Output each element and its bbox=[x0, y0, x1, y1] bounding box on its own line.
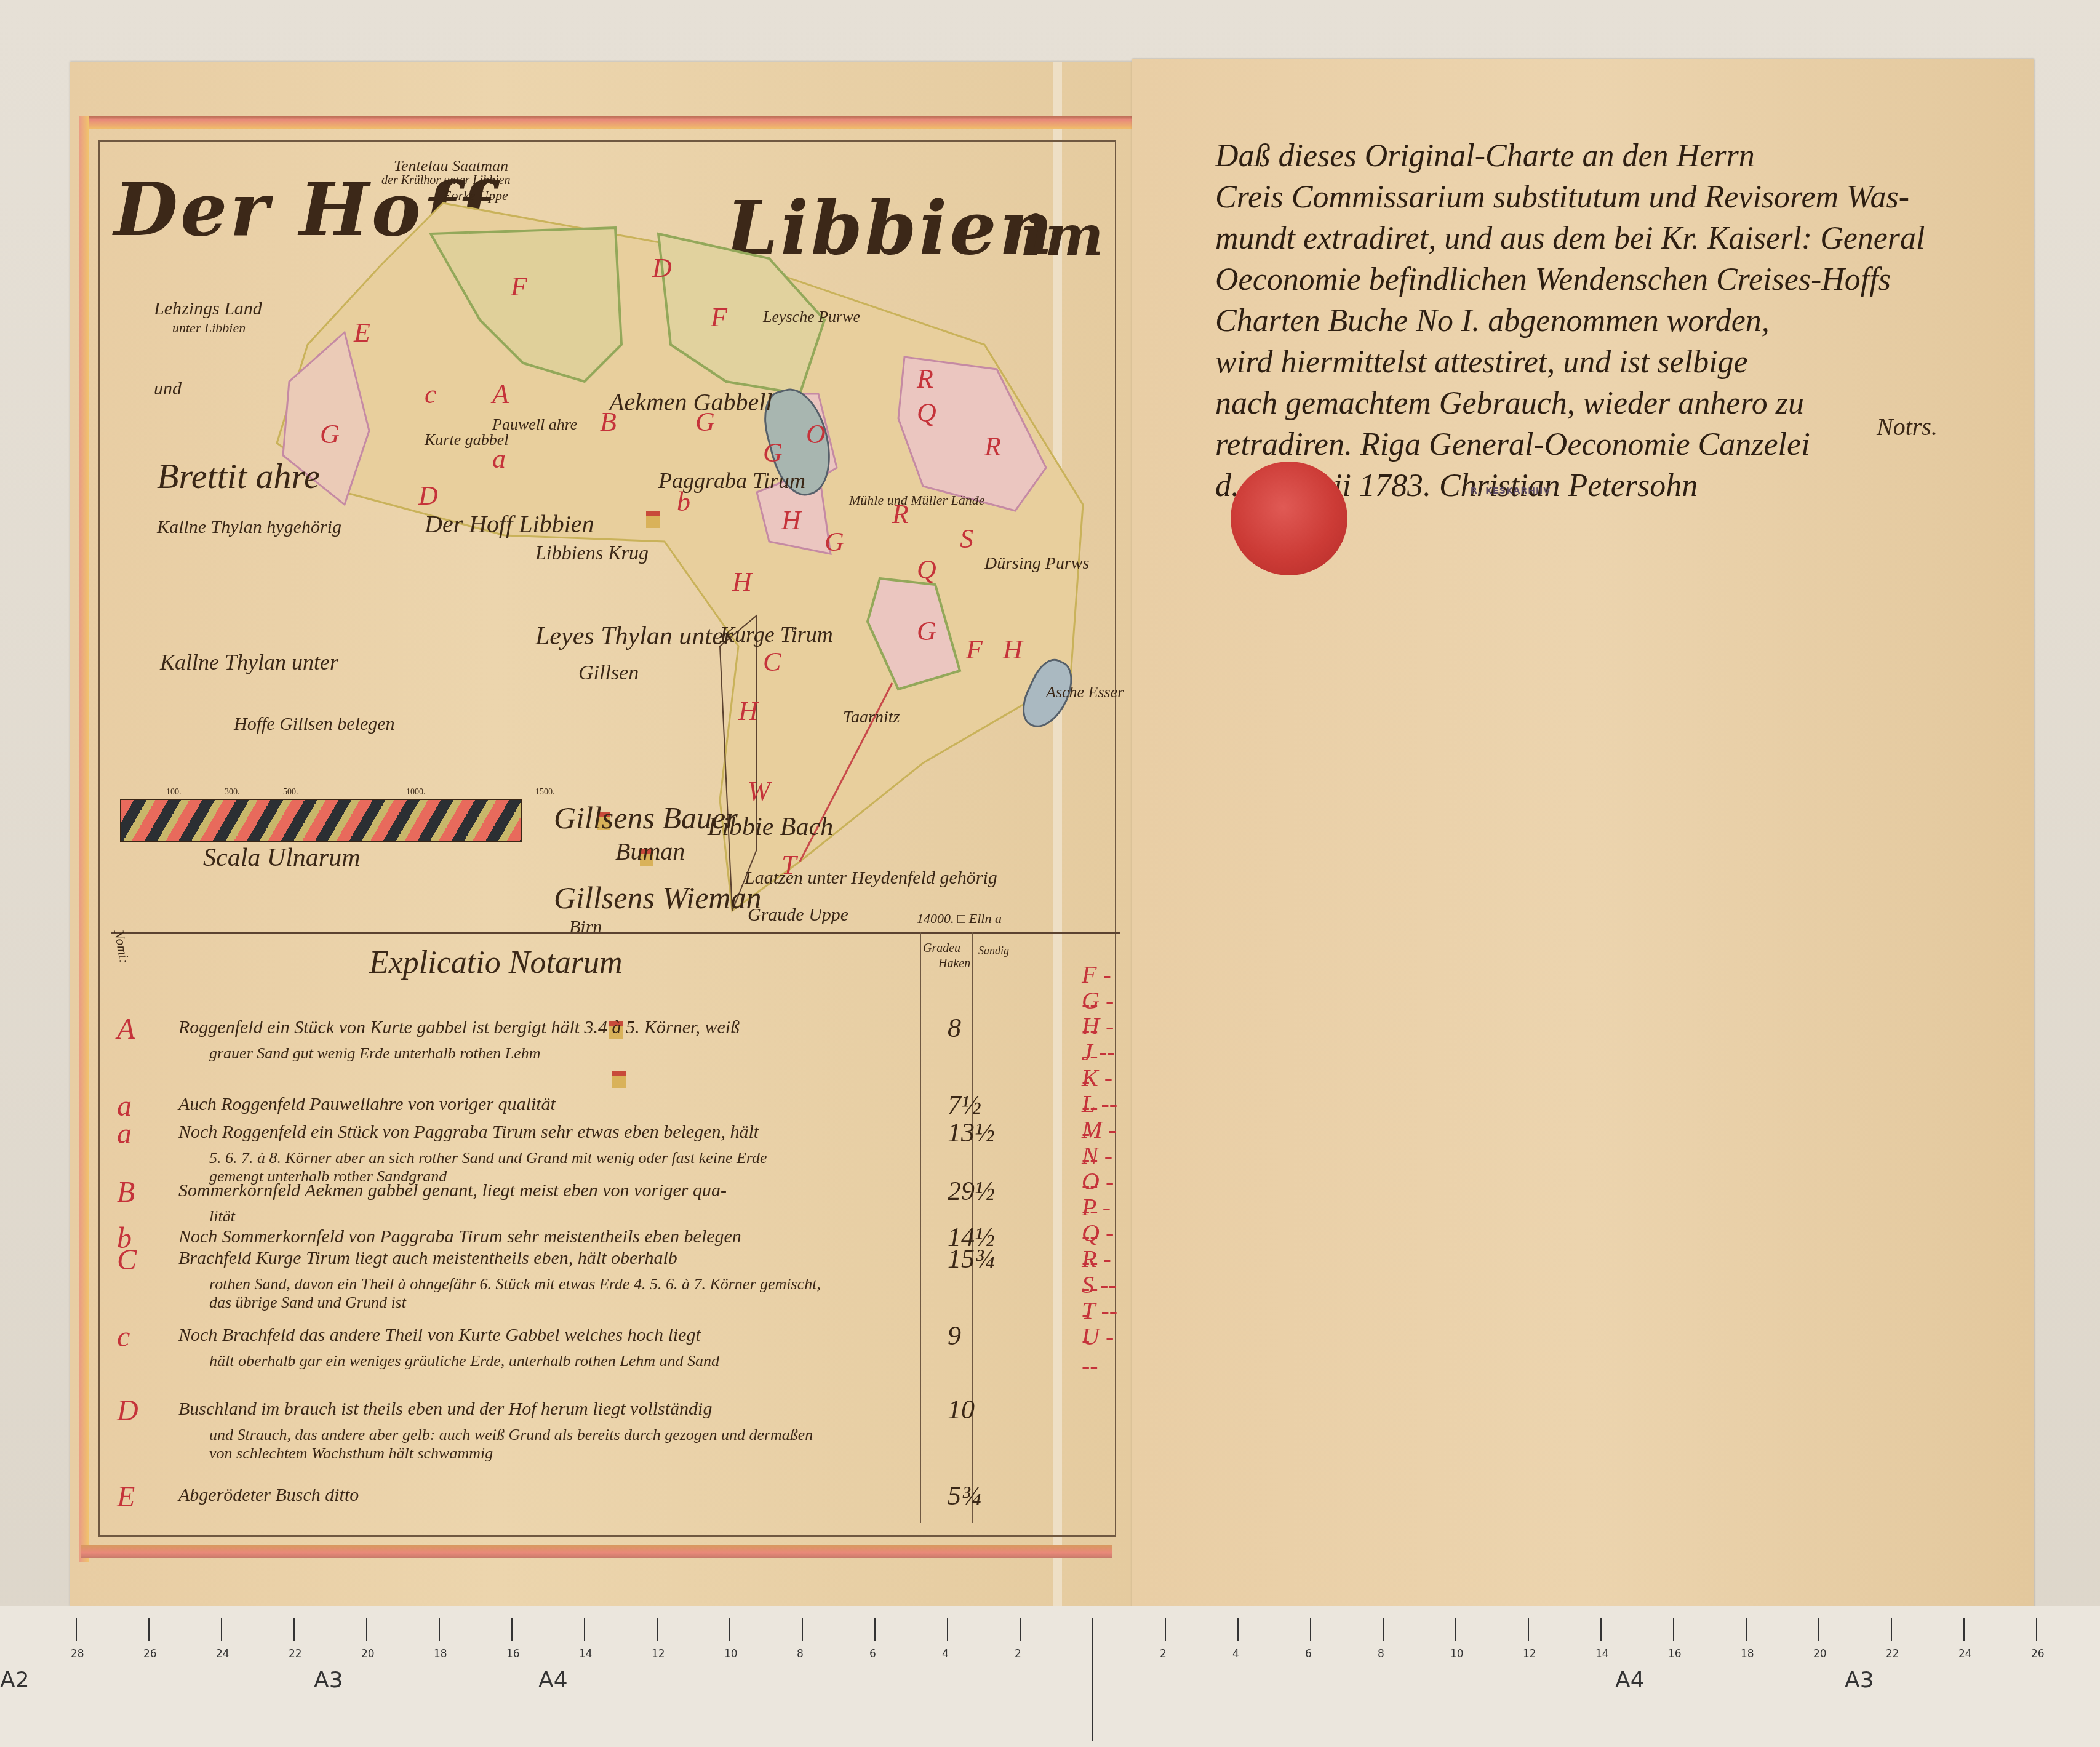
place-label: der Krülhor unter Libbien bbox=[381, 174, 510, 188]
ruler-number: 22 bbox=[1886, 1648, 1899, 1660]
parcel-letter: D bbox=[652, 252, 672, 284]
legend-description: Auch Roggenfeld Pauwellahre von voriger … bbox=[178, 1094, 556, 1115]
legend-value: 29½ bbox=[948, 1175, 995, 1207]
ruler-tick bbox=[874, 1618, 876, 1641]
legend-col-header-names: Nomi: bbox=[111, 929, 132, 965]
ruler-number: 28 bbox=[71, 1648, 84, 1660]
parcel-letter: a bbox=[492, 443, 506, 474]
ruler-tick bbox=[1237, 1618, 1239, 1641]
legend-description-cont: rothen Sand, davon ein Theil à ohngefähr… bbox=[209, 1275, 824, 1312]
ruler-number: 2 bbox=[1160, 1648, 1167, 1660]
legend-description-cont: und Strauch, das andere aber gelb: auch … bbox=[209, 1426, 824, 1463]
parcel-letter: Q bbox=[917, 554, 936, 585]
ruler-center-line bbox=[1092, 1618, 1093, 1741]
legend-value: 15¾ bbox=[948, 1243, 995, 1274]
attestation-line: mundt extradiret, und aus dem bei Kr. Ka… bbox=[1215, 218, 1984, 259]
legend-row: cNoch Brachfeld das andere Theil von Kur… bbox=[111, 1320, 923, 1357]
place-label: Hoffe Gillsen belegen bbox=[234, 714, 395, 735]
ruler-number: 26 bbox=[143, 1648, 157, 1660]
legend-description: Noch Brachfeld das andere Theil von Kurt… bbox=[178, 1325, 701, 1346]
legend-side-code: F --- bbox=[1082, 960, 1119, 986]
place-label: Der Hoff Libbien bbox=[425, 510, 594, 538]
attestation-line: Oeconomie befindlichen Wendenschen Creis… bbox=[1215, 259, 1984, 300]
attestation-line: wird hiermittelst attestiret, und ist se… bbox=[1215, 342, 1984, 383]
scale-tick-1500: 1500. bbox=[535, 788, 555, 798]
ruler-number: 12 bbox=[652, 1648, 665, 1660]
paper-format-label: A3 bbox=[314, 1668, 343, 1693]
legend-side-code: S --- bbox=[1082, 1270, 1119, 1296]
legend-row: aNoch Roggenfeld ein Stück von Paggraba … bbox=[111, 1117, 923, 1154]
parcel-letter: H bbox=[732, 566, 752, 598]
ruler-tick bbox=[76, 1618, 77, 1641]
ruler-tick bbox=[802, 1618, 803, 1641]
map-border-top bbox=[81, 116, 1132, 129]
ruler-tick bbox=[1310, 1618, 1311, 1641]
legend-side-code: Q --- bbox=[1082, 1218, 1119, 1244]
scale-tick-500: 500. bbox=[283, 788, 298, 798]
legend-side-code: P --- bbox=[1082, 1193, 1119, 1218]
place-label: Aekmen Gabbell bbox=[609, 388, 772, 417]
ruler-number: 4 bbox=[1232, 1648, 1239, 1660]
ruler-tick bbox=[729, 1618, 730, 1641]
attestation-text: Daß dieses Original-Charte an den HerrnC… bbox=[1215, 135, 1984, 506]
ruler-number: 10 bbox=[1450, 1648, 1464, 1660]
ruler-tick bbox=[439, 1618, 440, 1641]
legend-description-cont: grauer Sand gut wenig Erde unterhalb rot… bbox=[209, 1044, 541, 1063]
ruler-number: 26 bbox=[2031, 1648, 2045, 1660]
legend-row: EAbgerödeter Busch ditto5¾ bbox=[111, 1480, 923, 1517]
legend-value: 9 bbox=[948, 1320, 961, 1351]
place-label: Gillsens Bauer bbox=[554, 800, 738, 836]
place-label: Leyes Thylan unter bbox=[535, 622, 733, 651]
place-label: Tentelau Saatman bbox=[394, 157, 508, 175]
ruler-tick bbox=[947, 1618, 948, 1641]
legend-row: DBuschland im brauch ist theils eben und… bbox=[111, 1394, 923, 1431]
legend-value: 10 bbox=[948, 1394, 975, 1425]
parcel-letter: H bbox=[1003, 634, 1023, 665]
legend-code: C bbox=[117, 1243, 137, 1277]
place-label: Dürsing Purws bbox=[984, 554, 1089, 574]
parcel-letter: C bbox=[763, 646, 781, 678]
paper-format-label: A4 bbox=[538, 1668, 568, 1693]
ruler-number: 20 bbox=[361, 1648, 375, 1660]
ruler-tick bbox=[1891, 1618, 1892, 1641]
measurement-ruler: 2826242220181614121086422468101214161820… bbox=[0, 1606, 2100, 1747]
parcel-letter: H bbox=[738, 695, 758, 727]
parcel-letter: H bbox=[781, 505, 801, 536]
parcel-letter: G bbox=[320, 418, 340, 450]
legend-code: B bbox=[117, 1175, 135, 1209]
ruler-tick bbox=[1528, 1618, 1529, 1641]
ruler-number: 12 bbox=[1523, 1648, 1536, 1660]
parcel-letter: W bbox=[748, 775, 770, 807]
legend-code: c bbox=[117, 1320, 130, 1354]
legend-side-code: J --- bbox=[1082, 1037, 1119, 1063]
legend-description: Sommerkornfeld Aekmen gabbel genant, lie… bbox=[178, 1180, 727, 1201]
attestation-line: Daß dieses Original-Charte an den Herrn bbox=[1215, 135, 1984, 177]
parcel-letter: E bbox=[354, 317, 370, 348]
parcel-letter: R bbox=[917, 363, 933, 394]
archive-stamp: R. KESKARHIIV bbox=[1471, 486, 1551, 496]
legend-value: 5¾ bbox=[948, 1480, 981, 1511]
ruler-number: 16 bbox=[1668, 1648, 1682, 1660]
ruler-tick bbox=[148, 1618, 150, 1641]
manor-house-icon bbox=[646, 511, 660, 528]
paper-format-label: A3 bbox=[1845, 1668, 1874, 1693]
parcel-letter: A bbox=[492, 378, 509, 410]
ruler-number: 18 bbox=[1741, 1648, 1754, 1660]
ruler-tick bbox=[221, 1618, 222, 1641]
ruler-tick bbox=[584, 1618, 585, 1641]
legend-table: Nomi: Explicatio Notarum Gradeu Haken Sa… bbox=[111, 932, 923, 1523]
legend-description: Brachfeld Kurge Tirum liegt auch meisten… bbox=[178, 1248, 677, 1269]
legend-side-code: O --- bbox=[1082, 1167, 1119, 1193]
map-border-bottom bbox=[81, 1545, 1112, 1558]
place-label: Lehzings Land bbox=[154, 298, 262, 319]
legend-continuation-codes: F ---G ---H ---J ---K ---L ---M ---N ---… bbox=[1082, 960, 1119, 1348]
ruler-tick bbox=[1963, 1618, 1965, 1641]
legend-row: BSommerkornfeld Aekmen gabbel genant, li… bbox=[111, 1175, 923, 1212]
place-label: Libbiens Krug bbox=[535, 542, 649, 564]
legend-side-code: T --- bbox=[1082, 1296, 1119, 1322]
legend-col-header-haken: Haken bbox=[938, 957, 970, 971]
legend-description: Noch Roggenfeld ein Stück von Paggraba T… bbox=[178, 1122, 759, 1143]
legend-description: Buschland im brauch ist theils eben und … bbox=[178, 1399, 712, 1420]
paper-format-label: A2 bbox=[0, 1668, 30, 1693]
scale-tick-100: 100. bbox=[166, 788, 182, 798]
ruler-tick bbox=[511, 1618, 513, 1641]
parcel-letter: B bbox=[600, 406, 617, 438]
ruler-number: 6 bbox=[1305, 1648, 1312, 1660]
legend-side-code: H --- bbox=[1082, 1012, 1119, 1037]
attestation-line: retradiren. Riga General-Oeconomie Canze… bbox=[1215, 424, 1984, 465]
legend-value: 7½ bbox=[948, 1089, 981, 1121]
parcel-letter: R bbox=[892, 498, 909, 530]
legend-row: ARoggenfeld ein Stück von Kurte gabbel i… bbox=[111, 1012, 923, 1049]
attestation-line: Creis Commissarium substitutum und Revis… bbox=[1215, 177, 1984, 218]
place-label: Buman bbox=[615, 837, 685, 866]
place-label: Gillsens Wieman bbox=[554, 880, 761, 916]
ruler-number: 2 bbox=[1015, 1648, 1021, 1660]
ruler-number: 8 bbox=[1378, 1648, 1384, 1660]
ruler-tick bbox=[366, 1618, 367, 1641]
ruler-tick bbox=[1165, 1618, 1166, 1641]
legend-code: D bbox=[117, 1394, 138, 1428]
place-label: 14000. □ Elln a bbox=[917, 911, 1002, 927]
legend-side-code: M --- bbox=[1082, 1115, 1119, 1141]
parcel-letter: D bbox=[418, 480, 438, 511]
scale-tick-300: 300. bbox=[225, 788, 240, 798]
ruler-number: 16 bbox=[506, 1648, 520, 1660]
ruler-number: 24 bbox=[216, 1648, 230, 1660]
legend-side-code: G --- bbox=[1082, 986, 1119, 1012]
ruler-number: 8 bbox=[797, 1648, 804, 1660]
paper-format-label: A4 bbox=[1615, 1668, 1645, 1693]
parcel-letter: G bbox=[824, 526, 844, 558]
parcel-letter: F bbox=[966, 634, 983, 665]
ruler-number: 20 bbox=[1813, 1648, 1827, 1660]
place-label: Eorke Uppe bbox=[443, 188, 508, 204]
ruler-tick bbox=[1818, 1618, 1819, 1641]
legend-side-code: N --- bbox=[1082, 1141, 1119, 1167]
legend-side-code: R --- bbox=[1082, 1244, 1119, 1270]
place-label: Leysche Purwe bbox=[763, 308, 860, 326]
legend-code: E bbox=[117, 1480, 135, 1514]
parcel-letter: T bbox=[781, 849, 796, 881]
ruler-number: 4 bbox=[942, 1648, 949, 1660]
parcel-letter: c bbox=[425, 378, 437, 410]
place-label: und bbox=[154, 378, 182, 399]
legend-side-code: L --- bbox=[1082, 1089, 1119, 1115]
parcel-letter: R bbox=[984, 431, 1001, 462]
parcel-letter: b bbox=[677, 486, 690, 518]
parcel-letter: S bbox=[960, 523, 973, 554]
notary-title: Notrs. bbox=[1877, 412, 1938, 441]
legend-code: a bbox=[117, 1117, 132, 1151]
ruler-tick bbox=[1746, 1618, 1747, 1641]
place-label: unter Libbien bbox=[172, 320, 246, 336]
place-label: Kallne Thylan unter bbox=[160, 649, 338, 675]
place-label: Gillsen bbox=[578, 662, 639, 685]
legend-col-header-grades: Gradeu bbox=[923, 941, 960, 956]
ruler-number: 6 bbox=[869, 1648, 876, 1660]
place-label: Graude Uppe bbox=[748, 905, 848, 925]
legend-code: A bbox=[117, 1012, 135, 1046]
ruler-number: 22 bbox=[289, 1648, 302, 1660]
ruler-number: 18 bbox=[434, 1648, 447, 1660]
legend-description: Abgerödeter Busch ditto bbox=[178, 1485, 359, 1506]
ruler-number: 10 bbox=[724, 1648, 738, 1660]
wax-seal-icon bbox=[1231, 462, 1347, 575]
place-label: Kallne Thylan hygehörig bbox=[157, 517, 341, 538]
legend-side-code: U --- bbox=[1082, 1322, 1119, 1348]
parcel-letter: O bbox=[806, 418, 826, 450]
legend-value: 13½ bbox=[948, 1117, 995, 1148]
place-label: Taarnitz bbox=[843, 708, 900, 727]
scale-bar bbox=[120, 799, 522, 842]
parcel-letter: F bbox=[711, 302, 727, 333]
parcel-letter: F bbox=[511, 271, 527, 302]
ruler-tick bbox=[1600, 1618, 1602, 1641]
attestation-line: Charten Buche No I. abgenommen worden, bbox=[1215, 300, 1984, 342]
legend-value: 8 bbox=[948, 1012, 961, 1044]
ruler-tick bbox=[657, 1618, 658, 1641]
ruler-number: 14 bbox=[579, 1648, 593, 1660]
place-label: Kurge Tirum bbox=[720, 622, 833, 647]
ruler-number: 24 bbox=[1958, 1648, 1972, 1660]
attestation-line: nach gemachtem Gebrauch, wieder anhero z… bbox=[1215, 383, 1984, 424]
place-label: Pauwell ahre bbox=[492, 415, 577, 434]
ruler-tick bbox=[1455, 1618, 1456, 1641]
scale-tick-1000: 1000. bbox=[406, 788, 426, 798]
ruler-tick bbox=[1020, 1618, 1021, 1641]
legend-row: CBrachfeld Kurge Tirum liegt auch meiste… bbox=[111, 1243, 923, 1280]
place-label: Asche Esser bbox=[1046, 683, 1124, 702]
legend-side-code: K --- bbox=[1082, 1063, 1119, 1089]
parcel-letter: G bbox=[695, 406, 715, 438]
legend-description-cont: hält oberhalb gar ein weniges gräuliche … bbox=[209, 1352, 719, 1370]
map-border-left bbox=[79, 116, 89, 1562]
ruler-tick bbox=[1383, 1618, 1384, 1641]
parcel-letter: Q bbox=[917, 397, 936, 428]
parcel-letter: G bbox=[917, 615, 936, 647]
legend-description: Roggenfeld ein Stück von Kurte gabbel is… bbox=[178, 1017, 740, 1038]
parcel-letter: G bbox=[763, 437, 783, 468]
legend-title: Explicatio Notarum bbox=[369, 945, 623, 981]
scale-label: Scala Ulnarum bbox=[203, 843, 361, 873]
ruler-tick bbox=[293, 1618, 295, 1641]
ruler-tick bbox=[1673, 1618, 1674, 1641]
place-label: Brettit ahre bbox=[157, 455, 320, 497]
place-label: Mühle und Müller Lände bbox=[849, 492, 985, 508]
ruler-tick bbox=[2036, 1618, 2037, 1641]
ruler-number: 14 bbox=[1595, 1648, 1609, 1660]
legend-col-header-sandig: Sandig bbox=[978, 945, 1009, 957]
